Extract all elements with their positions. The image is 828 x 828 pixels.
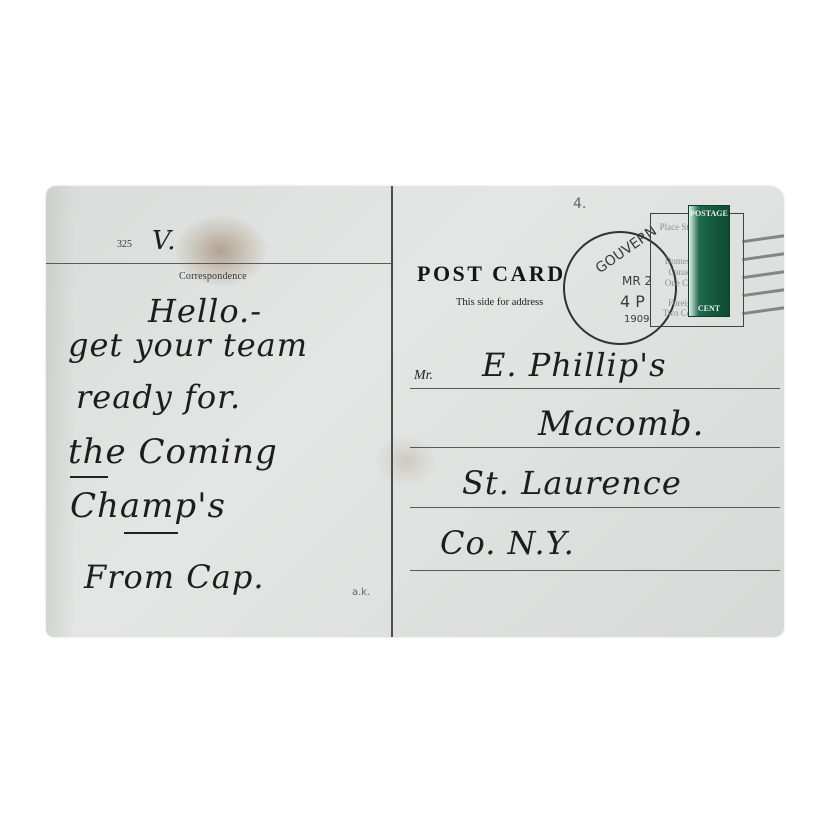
address-line-text: St. Laurence [462,464,682,502]
postmark-date: MR 2 [622,274,652,288]
stain-mark [376,436,436,486]
cancellation-lines [742,226,784,326]
postmark-time: 4 P [620,292,645,311]
underline [124,532,178,534]
postcard: 325 V. Correspondence Hello.- get your t… [46,186,784,637]
header-rule [46,263,391,264]
address-side-label: This side for address [456,297,543,308]
print-number: 325 [117,239,132,250]
message-line: get your team [68,326,308,364]
pencil-mark: 4. [573,196,586,212]
postmark-year: 1909 [624,314,649,325]
stamp-top-text: POSTAGE [689,209,729,218]
underline [70,476,108,478]
message-line: Champ's [70,486,226,526]
message-line: From Cap. [84,558,265,596]
address-prefix: Mr. [414,368,433,384]
address-line-text: E. Phillip's [482,346,666,384]
correspondence-label: Correspondence [179,271,247,282]
address-line [410,507,780,508]
address-line [410,388,780,389]
message-line: Hello.- [148,292,262,330]
signature-note: a.k. [352,587,370,598]
stamp-bottom-text: CENT [689,304,729,313]
address-line-text: Macomb. [538,404,704,444]
postcard-title: POST CARD [417,261,566,287]
message-line: ready for. [76,378,241,416]
center-divider [391,186,393,637]
corner-mark: V. [152,226,177,256]
address-line-text: Co. N.Y. [440,524,575,562]
postage-stamp: POSTAGE CENT [688,205,730,317]
address-line [410,447,780,448]
message-line: the Coming [68,432,278,472]
address-line [410,570,780,571]
